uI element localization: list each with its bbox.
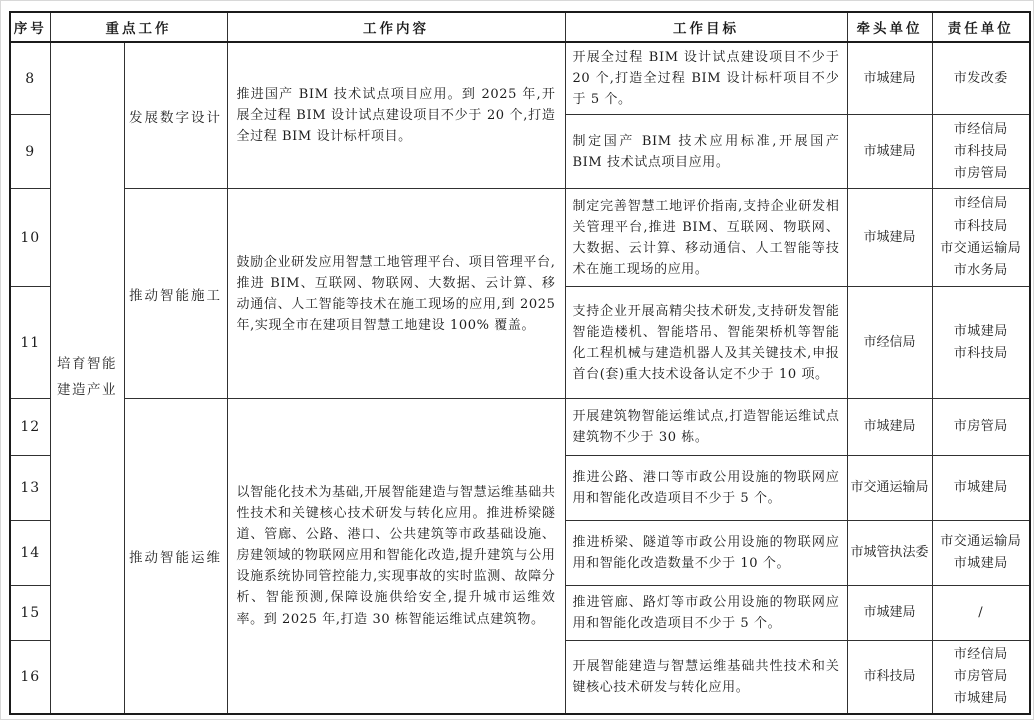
lead-unit-cell: 市科技局: [847, 641, 932, 714]
resp-unit-cell: 市经信局 市科技局 市交通运输局 市水务局: [932, 189, 1030, 287]
resp-unit-cell: 市城建局 市科技局: [932, 287, 1030, 399]
goal-cell: 支持企业开展高精尖技术研发,支持研发智能智能造楼机、智能塔吊、智能架桥机等智能化…: [565, 287, 847, 399]
col-header-content: 工作内容: [227, 12, 565, 42]
goal-cell: 推进桥梁、隧道等市政公用设施的物联网应用和智能化改造数量不少于 10 个。: [565, 521, 847, 586]
table-row-10: 10 推动智能施工 鼓励企业研发应用智慧工地管理平台、项目管理平台,推进 BIM…: [10, 189, 1030, 287]
seq-cell: 15: [10, 586, 50, 641]
resp-unit-cell: 市房管局: [932, 399, 1030, 456]
lead-unit-cell: 市城建局: [847, 399, 932, 456]
lead-unit-cell: 市经信局: [847, 287, 932, 399]
group-cell: 培育智能建造产业: [50, 42, 124, 714]
table-row-12: 12 推动智能运维 以智能化技术为基础,开展智能建造与智慧运维基础共性技术和关键…: [10, 399, 1030, 456]
category-cell: 推动智能施工: [124, 189, 227, 399]
goal-cell: 开展全过程 BIM 设计试点建设项目不少于 20 个,打造全过程 BIM 设计标…: [565, 42, 847, 115]
resp-unit-cell: 市经信局 市房管局 市城建局: [932, 641, 1030, 714]
seq-cell: 8: [10, 42, 50, 115]
seq-cell: 11: [10, 287, 50, 399]
resp-unit-cell: 市经信局 市科技局 市房管局: [932, 115, 1030, 189]
col-header-resp: 责任单位: [932, 12, 1030, 42]
seq-cell: 12: [10, 399, 50, 456]
resp-unit-cell: 市交通运输局 市城建局: [932, 521, 1030, 586]
lead-unit-cell: 市交通运输局: [847, 456, 932, 521]
seq-cell: 16: [10, 641, 50, 714]
goal-cell: 制定国产 BIM 技术应用标准,开展国产 BIM 技术试点项目应用。: [565, 115, 847, 189]
content-cell: 推进国产 BIM 技术试点项目应用。到 2025 年,开展全过程 BIM 设计试…: [227, 42, 565, 189]
header-row: 序号 重点工作 工作内容 工作目标 牵头单位 责任单位: [10, 12, 1030, 42]
lead-unit-cell: 市城建局: [847, 42, 932, 115]
lead-unit-cell: 市城管执法委: [847, 521, 932, 586]
seq-cell: 9: [10, 115, 50, 189]
content-cell: 鼓励企业研发应用智慧工地管理平台、项目管理平台,推进 BIM、互联网、物联网、大…: [227, 189, 565, 399]
col-header-no: 序号: [10, 12, 50, 42]
col-header-lead: 牵头单位: [847, 12, 932, 42]
resp-unit-cell: /: [932, 586, 1030, 641]
goal-cell: 推进管廊、路灯等市政公用设施的物联网应用和智能化改造项目不少于 5 个。: [565, 586, 847, 641]
goal-cell: 推进公路、港口等市政公用设施的物联网应用和智能化改造项目不少于 5 个。: [565, 456, 847, 521]
work-plan-table: 序号 重点工作 工作内容 工作目标 牵头单位 责任单位 8 培育智能建造产业 发…: [9, 11, 1031, 715]
col-header-key-work: 重点工作: [50, 12, 227, 42]
col-header-goal: 工作目标: [565, 12, 847, 42]
resp-unit-cell: 市发改委: [932, 42, 1030, 115]
seq-cell: 10: [10, 189, 50, 287]
lead-unit-cell: 市城建局: [847, 189, 932, 287]
resp-unit-cell: 市城建局: [932, 456, 1030, 521]
category-cell: 发展数字设计: [124, 42, 227, 189]
table-row-8: 8 培育智能建造产业 发展数字设计 推进国产 BIM 技术试点项目应用。到 20…: [10, 42, 1030, 115]
goal-cell: 开展建筑物智能运维试点,打造智能运维试点建筑物不少于 30 栋。: [565, 399, 847, 456]
category-cell: 推动智能运维: [124, 399, 227, 714]
lead-unit-cell: 市城建局: [847, 115, 932, 189]
goal-cell: 开展智能建造与智慧运维基础共性技术和关键核心技术研发与转化应用。: [565, 641, 847, 714]
goal-cell: 制定完善智慧工地评价指南,支持企业研发相关管理平台,推进 BIM、互联网、物联网…: [565, 189, 847, 287]
scanned-document-page: 序号 重点工作 工作内容 工作目标 牵头单位 责任单位 8 培育智能建造产业 发…: [0, 0, 1034, 720]
seq-cell: 13: [10, 456, 50, 521]
seq-cell: 14: [10, 521, 50, 586]
content-cell: 以智能化技术为基础,开展智能建造与智慧运维基础共性技术和关键核心技术研发与转化应…: [227, 399, 565, 714]
lead-unit-cell: 市城建局: [847, 586, 932, 641]
